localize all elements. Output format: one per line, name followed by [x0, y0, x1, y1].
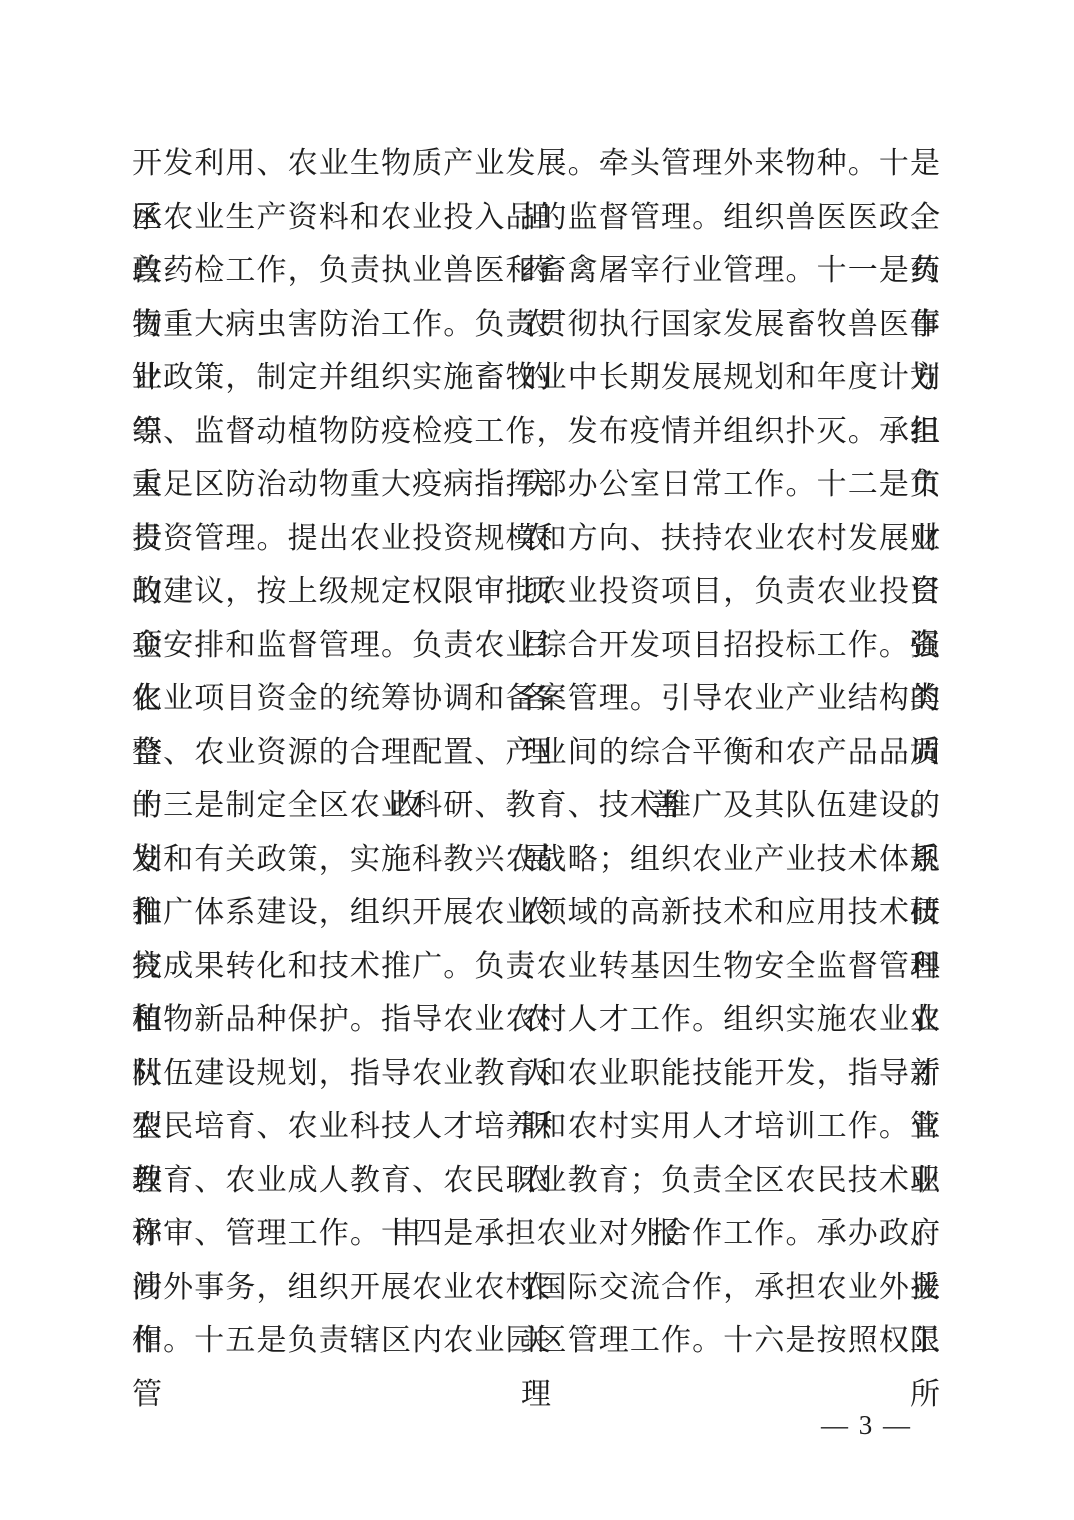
text-line: 植物新品种保护。指导农业农村人才工作。组织实施农业农村人才 [132, 993, 940, 1047]
text-line: 的建议，按上级规定权限审批农业投资项目，负责农业投资项目资 [132, 565, 940, 619]
text-line: 划和有关政策，实施科教兴农战略；组织农业产业技术体系和农技 [132, 833, 940, 887]
document-page: 开发利用、农业生物质产业发展。牵头管理外来物种。十是承担全 区农业生产资料和农业… [0, 0, 1074, 1520]
body-text: 开发利用、农业生物质产业发展。牵头管理外来物种。十是承担全 区农业生产资料和农业… [132, 137, 940, 1368]
text-line: 针政策，制定并组织实施畜牧业中长期发展规划和年度计划等。组 [132, 351, 940, 405]
text-line: 区农业生产资料和农业投入品的监督管理。组织兽医医政、兽药药 [132, 191, 940, 245]
text-line: 农民培育、农业科技人才培养和农村实用人才培训工作。管理农业 [132, 1100, 940, 1154]
text-line: 评审、管理工作。十四是承担农业对外合作工作。承办政府间农业 [132, 1207, 940, 1261]
text-line: 教育、农业成人教育、农民职业教育；负责全区农民技术职称申报、 [132, 1154, 940, 1208]
text-line: 作。十五是负责辖区内农业园区管理工作。十六是按照权限管理所 [132, 1314, 940, 1368]
text-line: 开发利用、农业生物质产业发展。牵头管理外来物种。十是承担全 [132, 137, 940, 191]
text-line: 涉外事务，组织开展农业农村国际交流合作，承担农业外援相关工 [132, 1261, 940, 1315]
text-line: 十三是制定全区农业科研、教育、技术推广及其队伍建设的发展规 [132, 779, 940, 833]
text-line: 推广体系建设，组织开展农业领域的高新技术和应用技术研究、科 [132, 886, 940, 940]
text-line: 物重大病虫害防治工作。负责贯彻执行国家发展畜牧兽医事业的方 [132, 298, 940, 352]
text-line: 农业项目资金的统筹协调和备案管理。引导农业产业结构的合理调 [132, 672, 940, 726]
text-line: 队伍建设规划，指导农业教育和农业职能技能开发，指导新型职业 [132, 1047, 940, 1101]
text-line: 技成果转化和技术推广。负责农业转基因生物安全监督管理和农业 [132, 940, 940, 994]
text-line: 织、监督动植物防疫检疫工作，发布疫情并组织扑灭。承担重庆市 [132, 405, 940, 459]
text-line: 投资管理。提出农业投资规模和方向、扶持农业农村发展财政项目 [132, 512, 940, 566]
text-line: 大足区防治动物重大疫病指挥部办公室日常工作。十二是负责农业 [132, 458, 940, 512]
page-number: — 3 — [821, 1408, 912, 1442]
text-line: 金安排和监督管理。负责农业综合开发项目招投标工作。强化各类 [132, 619, 940, 673]
text-line: 整、农业资源的合理配置、产业间的综合平衡和农产品品质的改善。 [132, 726, 940, 780]
text-line: 政药检工作，负责执业兽医和畜禽屠宰行业管理。十一是负责农作 [132, 244, 940, 298]
